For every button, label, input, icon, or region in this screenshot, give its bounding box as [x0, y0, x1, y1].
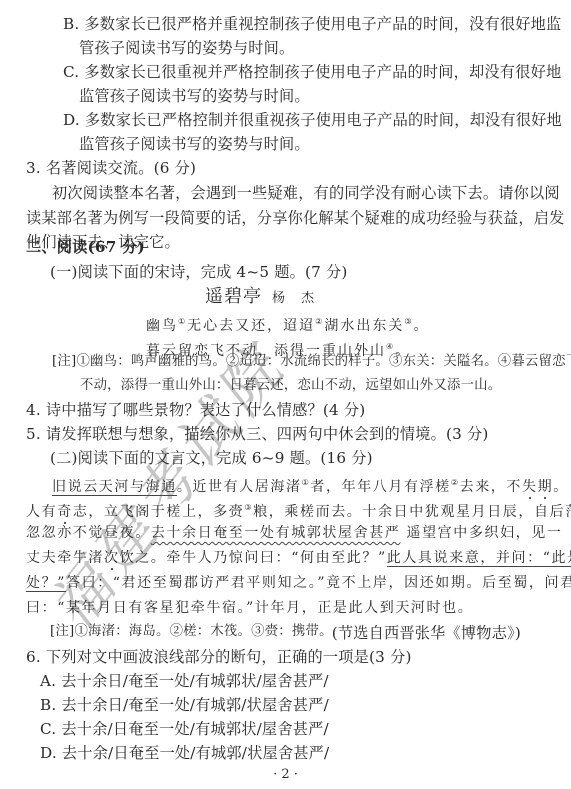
option-b-line1: B. 多数家长已很严格并重视控制孩子使用电子产品的时间，没有很好地监	[63, 14, 561, 34]
option-c-line1: C. 多数家长已很重视并严格控制孩子使用电子产品的时间，却没有很好地	[63, 62, 561, 82]
question-3-body-line1: 初次阅读整本名著，会遇到一些疑难，有的同学没有耐心读下去。请你以阅	[52, 183, 560, 203]
passage-source: (节选自西晋张华《博物志》)	[332, 623, 521, 643]
option-d-line1: D. 多数家长已严格控制并很重视孩子使用电子产品的时间，却没有很好地	[63, 110, 562, 130]
wavy-underlined-sentence: 去十余日奄至一处有城郭状屋舍甚严	[151, 525, 401, 541]
passage-notes: [注]①海渚：海岛。②槎：木筏。③赍：携带。	[50, 622, 333, 642]
emphasis-char: 奇	[57, 504, 73, 520]
passage-line-6: 曰：“某年月日有客星犯牵牛宿。”计年月，正是此人到天河时也。	[26, 598, 473, 618]
question-6-option-d: D. 去十余/日奄至一处/有城郭/状屋舍甚严/	[40, 743, 329, 763]
poem-line-1: 幽鸟①无心去又还，迢迢②湖水出东关③。	[146, 312, 430, 336]
question-5: 5. 请发挥联想与想象，描绘你从三、四两句中休会到的情境。(3 分)	[26, 424, 489, 444]
emphasis-char: 次	[104, 550, 120, 566]
option-b-line2: 管孩子阅读书写的姿势与时间。	[79, 38, 294, 58]
page-number: · 2 ·	[0, 767, 571, 782]
option-d-line2: 监管孩子阅读书写的姿势与时间。	[79, 134, 310, 154]
passage-line-1: 旧说云天河与海通。近世有人居海渚①者，年年八月有浮槎②去来，不失期。	[52, 473, 569, 497]
section-heading: 二、阅读(67 分)	[26, 237, 145, 257]
question-6-option-a: A. 去十余日/奄至一处/有城郭状/屋舍甚严/	[40, 671, 329, 691]
emphasis-char: 期	[538, 479, 554, 495]
passage-line-5: 处？”答曰：“君还至蜀郡访严君平则知之。”竟不上岸，因还如期。后至蜀，问君平，	[26, 573, 571, 593]
option-c-line2: 监管孩子阅读书写的姿势与时间。	[79, 86, 310, 106]
passage-line-3: 忽忽亦不觉昼夜。去十余日奄至一处有城郭状屋舍甚严 遥望宫中多织妇，见一	[26, 523, 562, 543]
underlined-sentence-2: 此人具说来意，并问：“此是何	[387, 550, 571, 567]
underlined-sentence-2-end: 处？”	[26, 575, 66, 592]
part1-instruction: (一)阅读下面的宋诗，完成 4~5 题。(7 分)	[50, 262, 348, 282]
emphasis-char: 失	[522, 479, 538, 495]
passage-line-4: 丈夫牵牛渚次饮之。牵牛人乃惊问曰：“何由至此？”此人具说来意，并问：“此是何	[26, 548, 571, 568]
passage-line-2: 人有奇志，立飞阁于槎上，多赍③粮，乘槎而去。十余日中犹观星月日辰，自后茫茫	[26, 498, 571, 522]
poem-notes-line2: 不动，添得一重山外山：日暮云还，恋山不动，远望如山外又添一山。	[80, 376, 501, 396]
question-6-title: 6. 下列对文中画波浪线部分的断句，正确的一项是(3 分)	[26, 647, 412, 667]
question-6-option-c: C. 去十余/日奄至一处/有城郭状/屋舍甚严/	[40, 719, 329, 739]
question-6-option-b: B. 去十余日/奄至一处/有城郭/状屋舍甚严/	[40, 695, 329, 715]
poem-header: 遥碧亭杨 杰	[205, 287, 320, 309]
question-3-body-line2: 读某部名著为例写一段简要的话，分享你化解某个疑难的成功经验与获益，启发	[26, 208, 565, 228]
question-3-title: 3. 名著阅读交流。(6 分)	[26, 158, 196, 178]
poem-title: 遥碧亭	[205, 286, 262, 307]
poem-author: 杨 杰	[272, 291, 320, 306]
underlined-sentence-1: 旧说云天河与海通	[52, 479, 177, 496]
poem-notes-line1: [注]①幽鸟：鸣声幽雅的鸟。②迢迢：水流绵长的样子。③东关：关隘名。④暮云留恋飞	[52, 352, 571, 372]
question-4: 4. 诗中描写了哪些景物？表达了什么情感？(4 分)	[26, 400, 365, 420]
part2-instruction: (二)阅读下面的文言文，完成 6~9 题。(16 分)	[50, 448, 373, 468]
